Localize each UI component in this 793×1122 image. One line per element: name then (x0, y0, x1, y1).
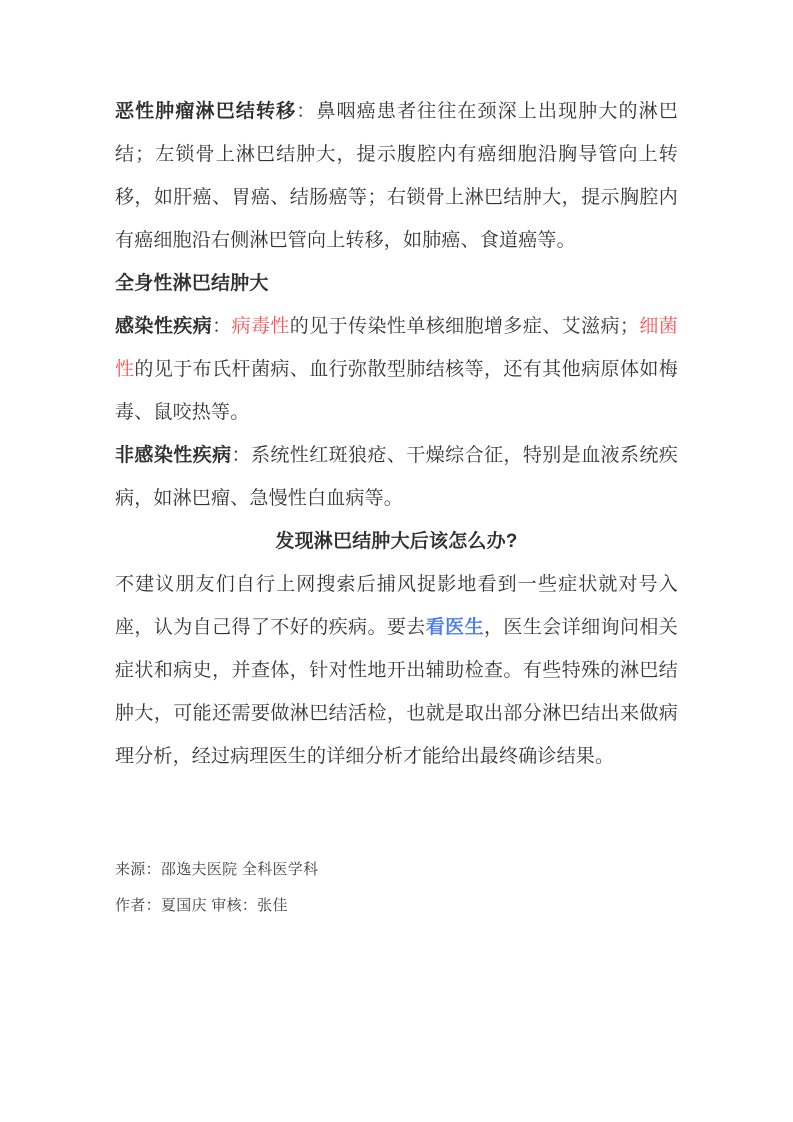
paragraph-advice: 不建议朋友们自行上网搜索后捕风捉影地看到一些症状就对号入座，认为自己得了不好的疾… (115, 563, 678, 778)
footer-author: 作者：夏国庆 审核：张佳 (115, 888, 678, 924)
footer-source: 来源：邵逸夫医院 全科医学科 (115, 852, 678, 888)
term-infectious-disease: 感染性疾病 (115, 316, 212, 337)
paragraph-infectious-disease: 感染性疾病：病毒性的见于传染性单核细胞增多症、艾滋病；细菌性的见于布氏杆菌病、血… (115, 305, 678, 434)
paragraph-malignant-text: 鼻咽癌患者往往在颈深上出现肿大的淋巴结；左锁骨上淋巴结肿大，提示腹腔内有癌细胞沿… (115, 101, 678, 251)
infectious-text-1: 的见于传染性单核细胞增多症、艾滋病； (290, 316, 639, 337)
advice-text-post: ，医生会详细询问相关症状和病史，并查体，针对性地开出辅助检查。有些特殊的淋巴结肿… (115, 617, 678, 767)
colon: ： (296, 101, 316, 122)
heading-systemic-lymphadenopathy: 全身性淋巴结肿大 (115, 262, 678, 305)
article-footer: 来源：邵逸夫医院 全科医学科 作者：夏国庆 审核：张佳 (115, 852, 678, 924)
heading-what-to-do: 发现淋巴结肿大后该怎么办? (115, 520, 678, 563)
emphasis-viral: 病毒性 (232, 316, 290, 337)
colon: ： (212, 316, 231, 337)
paragraph-noninfectious-disease: 非感染性疾病：系统性红斑狼疮、干燥综合征，特别是血液系统疾病，如淋巴瘤、急慢性白… (115, 434, 678, 520)
article-page: 恶性肿瘤淋巴结转移：鼻咽癌患者往往在颈深上出现肿大的淋巴结；左锁骨上淋巴结肿大，… (0, 0, 793, 1122)
see-doctor-link[interactable]: 看医生 (426, 617, 484, 638)
term-noninfectious-disease: 非感染性疾病 (115, 445, 232, 466)
term-malignant-metastasis: 恶性肿瘤淋巴结转移 (115, 101, 296, 122)
infectious-text-2: 的见于布氏杆菌病、血行弥散型肺结核等，还有其他病原体如梅毒、鼠咬热等。 (115, 359, 678, 423)
paragraph-malignant-metastasis: 恶性肿瘤淋巴结转移：鼻咽癌患者往往在颈深上出现肿大的淋巴结；左锁骨上淋巴结肿大，… (115, 90, 678, 262)
article-body: 恶性肿瘤淋巴结转移：鼻咽癌患者往往在颈深上出现肿大的淋巴结；左锁骨上淋巴结肿大，… (0, 0, 793, 924)
colon: ： (232, 445, 251, 466)
